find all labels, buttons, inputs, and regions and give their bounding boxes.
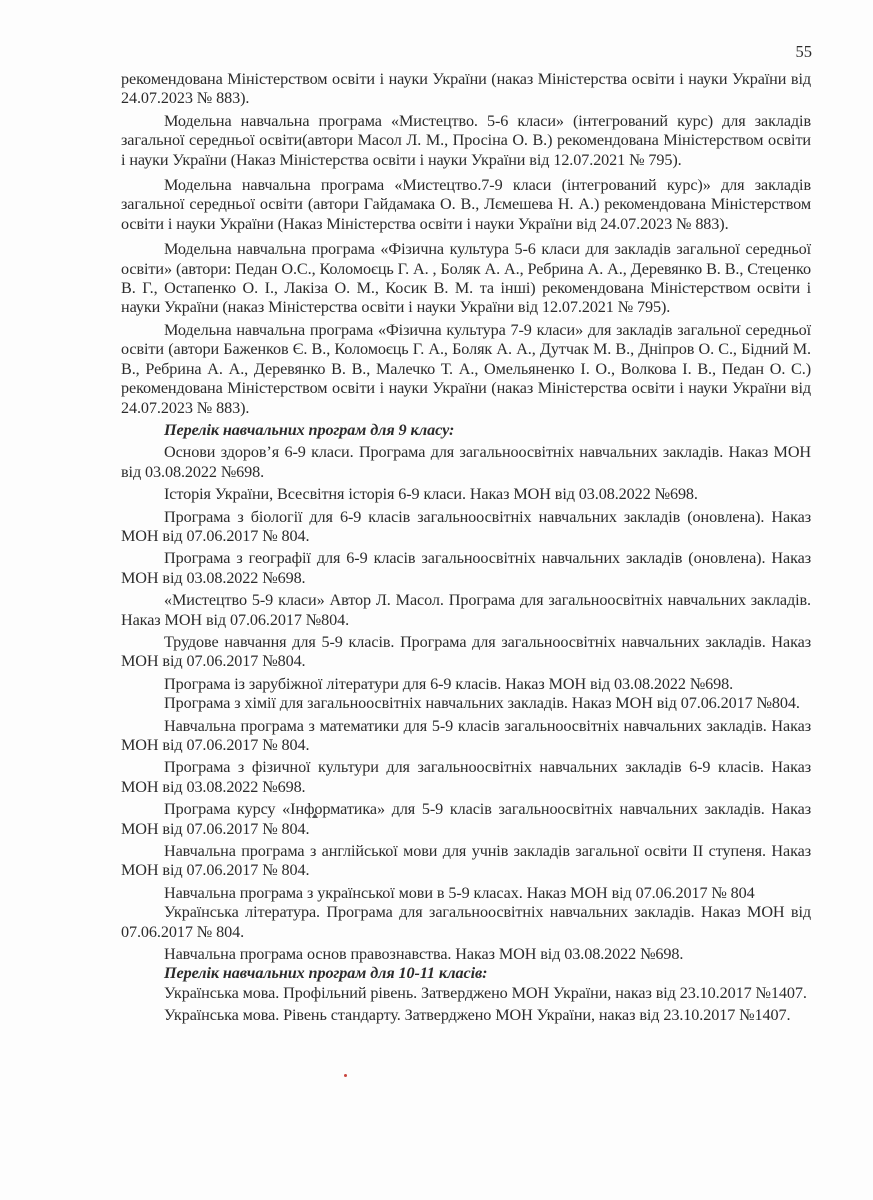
program-item-pe-6-9: Програма з фізичної культури для загальн… — [121, 758, 811, 797]
document-page: 55 рекомендована Міністерством освіти і … — [0, 0, 873, 1200]
section-heading-grade-9: Перелік навчальних програм для 9 класу: — [121, 421, 811, 440]
program-item-english: Навчальна програма з англійської мови дл… — [121, 842, 811, 881]
page-number: 55 — [796, 42, 813, 62]
program-item-biology: Програма з біології для 6-9 класів загал… — [121, 508, 811, 547]
program-item-pe-7-9: Модельна навчальна програма «Фізична кул… — [121, 321, 811, 418]
program-item-art-5-6: Модельна навчальна програма «Мистецтво. … — [121, 112, 811, 170]
program-item-history: Історія України, Всесвітня історія 6-9 к… — [121, 485, 811, 504]
program-item-informatics: Програма курсу «Інформатика» для 5-9 кла… — [121, 800, 811, 839]
program-item-ukrainian-standard: Українська мова. Рівень стандарту. Затве… — [121, 1006, 811, 1025]
program-item-geography: Програма з географії для 6-9 класів зага… — [121, 549, 811, 588]
program-item-art-7-9: Модельна навчальна програма «Мистецтво.7… — [121, 176, 811, 234]
program-item-math: Навчальна програма з математики для 5-9 … — [121, 717, 811, 756]
section-heading-grade-10-11: Перелік навчальних програм для 10-11 кла… — [121, 964, 811, 983]
program-item-health: Основи здоров’я 6-9 класи. Програма для … — [121, 443, 811, 482]
program-item-art-5-9: «Мистецтво 5-9 класи» Автор Л. Масол. Пр… — [121, 591, 811, 630]
program-item-pe-5-6: Модельна навчальна програма «Фізична кул… — [121, 240, 811, 318]
scan-mark-triangle-icon — [312, 813, 318, 818]
program-item-ukrainian-literature: Українська література. Програма для зага… — [121, 903, 811, 942]
program-item-labor: Трудове навчання для 5-9 класів. Програм… — [121, 633, 811, 672]
program-item-law: Навчальна програма основ правознавства. … — [121, 945, 811, 964]
program-item-foreign-literature: Програма із зарубіжної літератури для 6-… — [121, 675, 811, 694]
program-item-ukrainian-profile: Українська мова. Профільний рівень. Затв… — [121, 984, 811, 1003]
program-item-ukrainian-language: Навчальна програма з української мови в … — [121, 884, 811, 903]
program-item-chemistry: Програма з хімії для загальноосвітніх на… — [121, 694, 811, 713]
document-body: рекомендована Міністерством освіти і нау… — [121, 70, 811, 1026]
paragraph-continuation: рекомендована Міністерством освіти і нау… — [121, 70, 811, 109]
scan-mark-dot-icon — [344, 1074, 347, 1077]
